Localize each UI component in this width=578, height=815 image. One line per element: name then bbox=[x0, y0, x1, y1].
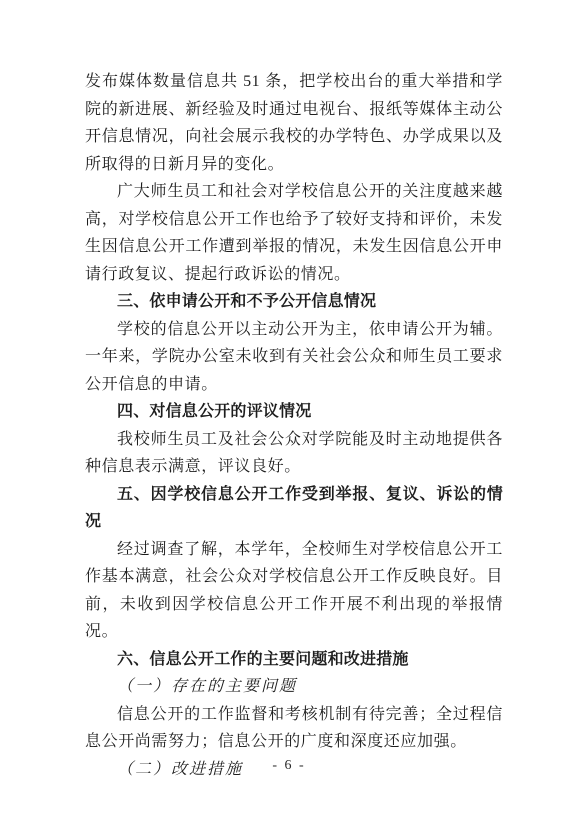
section-heading-5: 五、因学校信息公开工作受到举报、复议、诉讼的情况 bbox=[85, 481, 503, 536]
section-heading-6: 六、信息公开工作的主要问题和改进措施 bbox=[85, 646, 503, 674]
document-text-block: 发布媒体数量信息共 51 条，把学校出台的重大举措和学院的新进展、新经验及时通过… bbox=[85, 68, 503, 783]
paragraph-evaluation: 我校师生员工及社会公众对学院能及时主动地提供各种信息表示满意，评议良好。 bbox=[85, 426, 503, 481]
paragraph-public-attention: 广大师生员工和社会对学校信息公开的关注度越来越高，对学校信息公开工作也给予了较好… bbox=[85, 178, 503, 288]
paragraph-problems: 信息公开的工作监督和考核机制有待完善；全过程信息公开尚需努力；信息公开的广度和深… bbox=[85, 701, 503, 756]
paragraph-complaints: 经过调查了解，本学年，全校师生对学校信息公开工作基本满意，社会公众对学校信息公开… bbox=[85, 536, 503, 646]
paragraph-media-disclosure: 发布媒体数量信息共 51 条，把学校出台的重大举措和学院的新进展、新经验及时通过… bbox=[85, 68, 503, 178]
subsection-heading-problems: （一）存在的主要问题 bbox=[85, 673, 503, 701]
document-page: 发布媒体数量信息共 51 条，把学校出台的重大举措和学院的新进展、新经验及时通过… bbox=[0, 0, 578, 815]
section-heading-3: 三、依申请公开和不予公开信息情况 bbox=[85, 288, 503, 316]
section-heading-4: 四、对信息公开的评议情况 bbox=[85, 398, 503, 426]
paragraph-request-disclosure: 学校的信息公开以主动公开为主，依申请公开为辅。一年来，学院办公室未收到有关社会公… bbox=[85, 316, 503, 399]
page-number: - 6 - bbox=[0, 756, 578, 776]
